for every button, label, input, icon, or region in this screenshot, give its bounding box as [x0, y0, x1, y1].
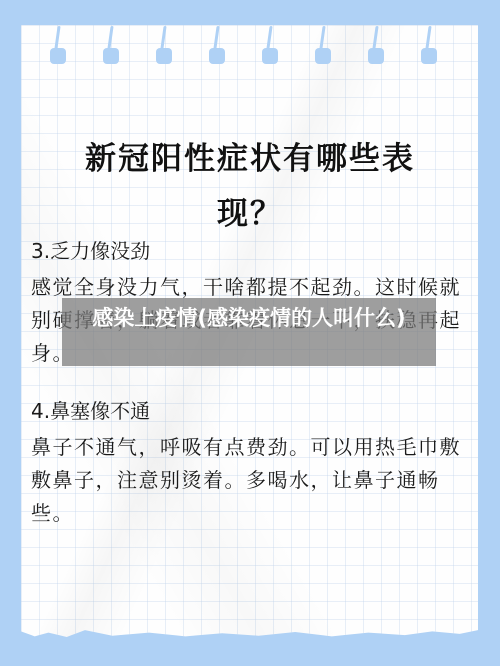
section-nasal-congestion: 4.鼻塞像不通 鼻子不通气，呼吸有点费劲。可以用热毛巾敷敷鼻子，注意别烫着。多喝…	[31, 398, 471, 530]
overlay-title-banner: 感染上疫情(感染疫情的人叫什么)	[62, 298, 436, 366]
binder-ring-icon	[421, 48, 437, 64]
binder-ring-icon	[209, 48, 225, 64]
section-heading: 3.乏力像没劲	[31, 238, 471, 265]
binder-ring-icon	[50, 48, 66, 64]
binder-ring-icon	[315, 48, 331, 64]
binder-ring-icon	[262, 48, 278, 64]
binder-ring-icon	[368, 48, 384, 64]
page-title-line-2: 现？	[0, 188, 500, 233]
section-body: 鼻子不通气，呼吸有点费劲。可以用热毛巾敷敷鼻子，注意别烫着。多喝水，让鼻子通畅些…	[31, 431, 471, 530]
section-heading: 4.鼻塞像不通	[31, 398, 471, 425]
banner-text: 感染上疫情(感染疫情的人叫什么)	[62, 304, 436, 332]
page-title-line-1: 新冠阳性症状有哪些表	[0, 133, 500, 178]
binder-ring-icon	[156, 48, 172, 64]
binder-ring-icon	[103, 48, 119, 64]
